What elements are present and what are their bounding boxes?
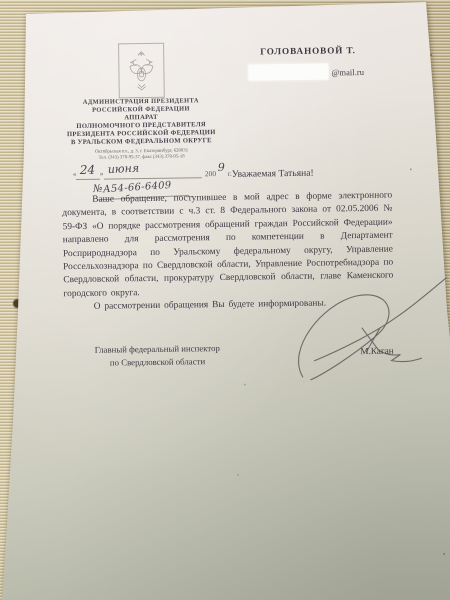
position-line: по Свердловской области: [72, 354, 242, 369]
photo-of-letter: ГОЛОВАНОВОЙ Т. @mail.ru АДМИНИСТРАЦИЯ ПР…: [0, 0, 450, 600]
handwritten-month: июня: [107, 162, 139, 177]
letterhead-organization: АДМИНИСТРАЦИЯ ПРЕЗИДЕНТА РОССИЙСКОЙ ФЕДЕ…: [41, 97, 241, 115]
date-quote-close: »: [100, 170, 104, 178]
handwritten-day: 24: [80, 163, 95, 177]
date-month-underline: [104, 176, 202, 179]
email-redaction-box: [248, 63, 328, 80]
handwritten-signature: [283, 275, 450, 389]
letterhead-department: АППАРАТ ПОЛНОМОЧНОГО ПРЕДСТАВИТЕЛЯ ПРЕЗИ…: [41, 113, 241, 148]
letterhead-address: Октябрьская пл., д. 3, г. Екатеринбург, …: [42, 148, 242, 162]
salutation: Уважаемая Татьяна!: [232, 168, 314, 180]
dept-line: В УРАЛЬСКОМ ФЕДЕРАЛЬНОМ ОКРУГЕ: [41, 137, 241, 148]
printed-year: 200: [205, 169, 216, 178]
recipient-name: ГОЛОВАНОВОЙ Т.: [260, 45, 356, 56]
signer-name: М.Каган: [360, 346, 393, 356]
position-line: Главный федеральный инспектор: [72, 342, 242, 357]
paper-specks: [0, 3, 1, 5]
signer-position: Главный федеральный инспектор по Свердло…: [72, 342, 242, 370]
coat-of-arms-box: [118, 43, 165, 99]
date-quote-open: «: [73, 170, 77, 178]
handwritten-year-digit: 9: [218, 161, 225, 174]
russian-coat-of-arms-icon: [123, 48, 160, 92]
date-day-underline: [76, 178, 100, 180]
recipient-email-domain: @mail.ru: [331, 67, 364, 77]
letter-content: ГОЛОВАНОВОЙ Т. @mail.ru АДМИНИСТРАЦИЯ ПР…: [0, 0, 450, 600]
